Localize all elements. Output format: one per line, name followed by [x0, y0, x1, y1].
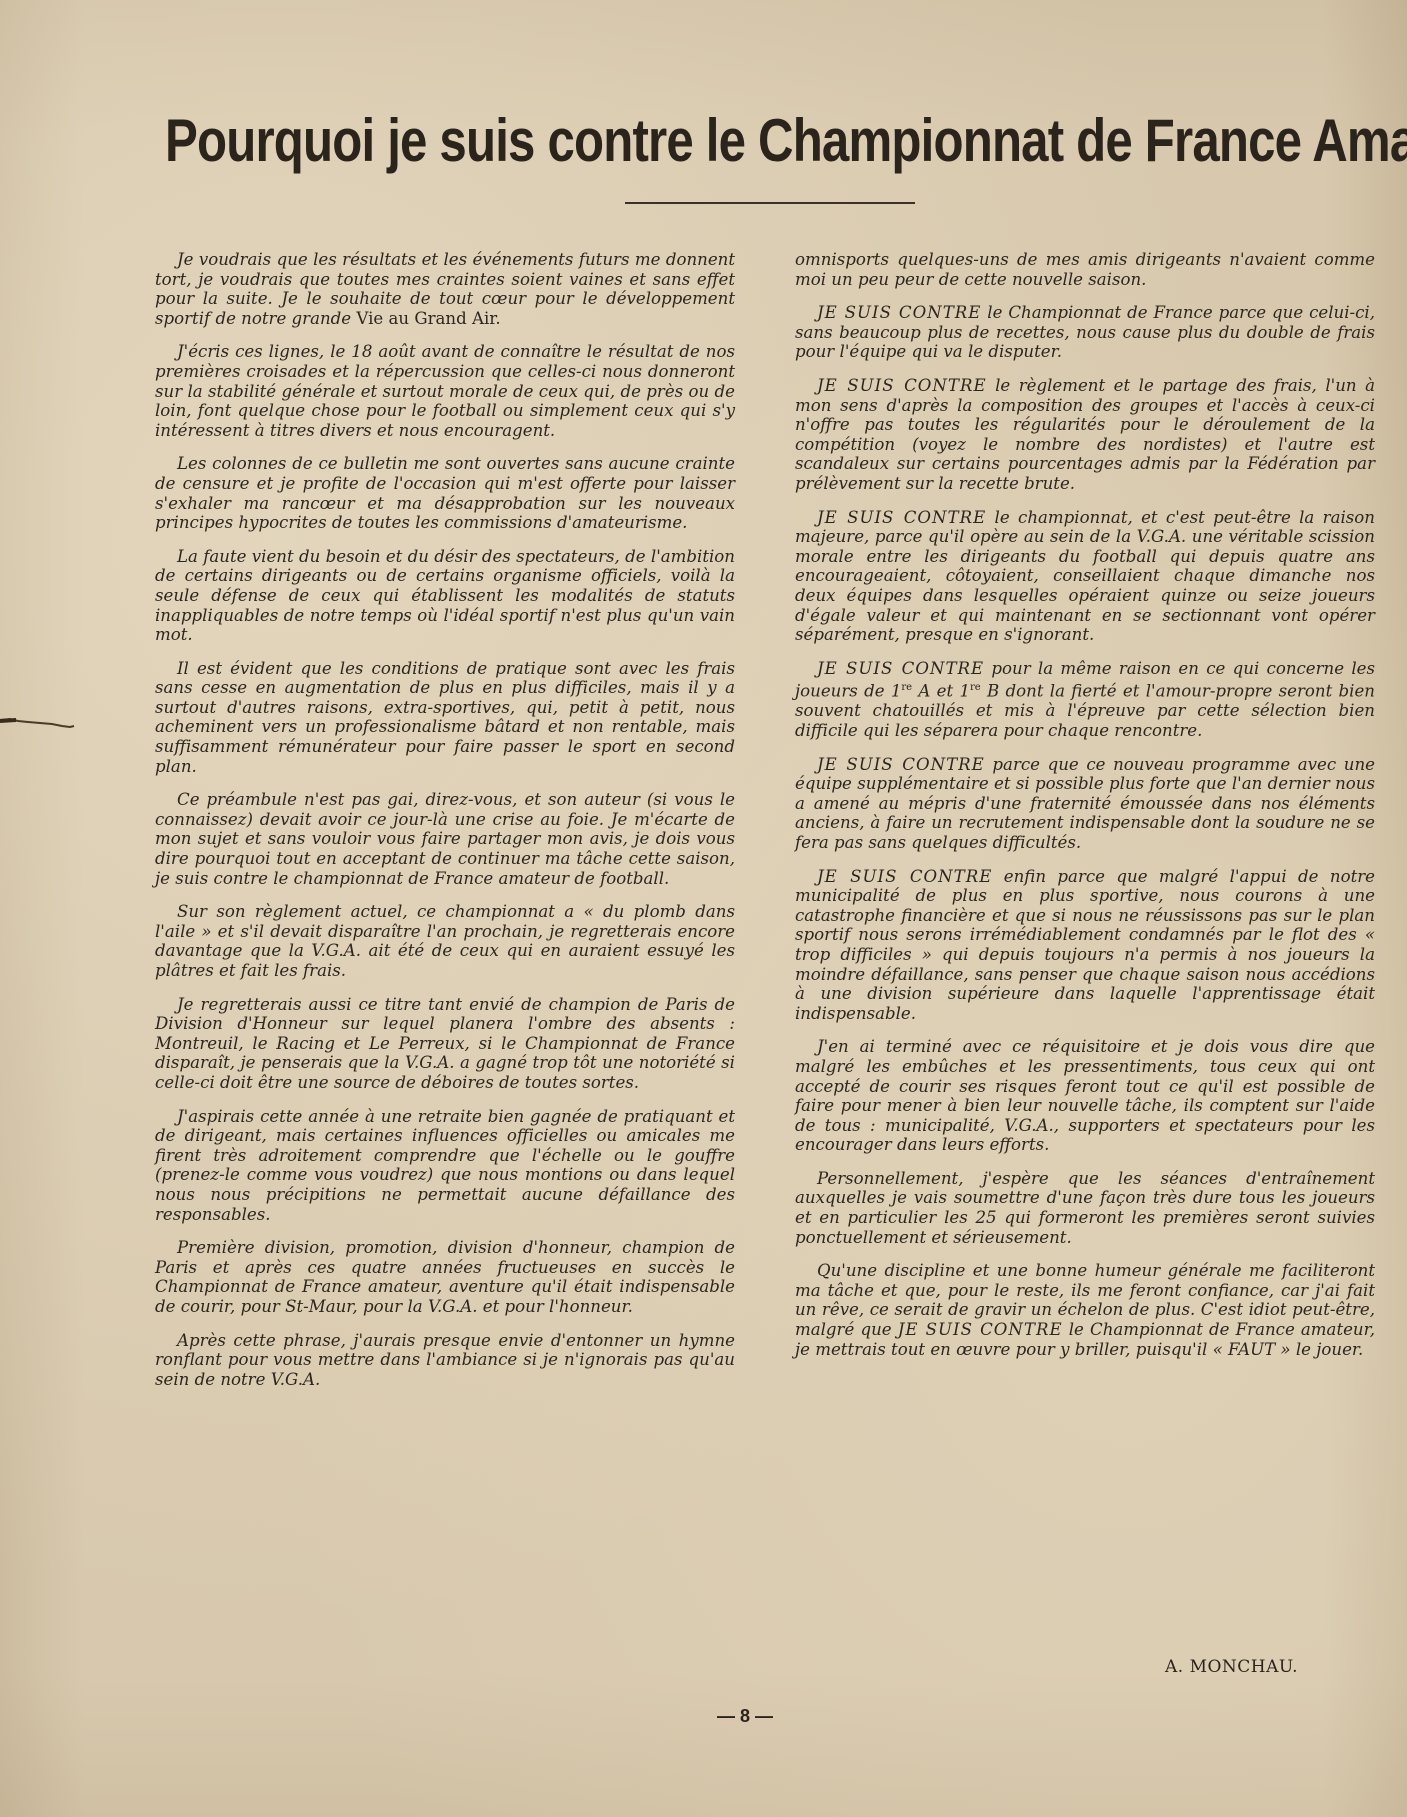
- article-paragraph: J'en ai terminé avec ce réquisitoire et …: [795, 1037, 1375, 1155]
- paragraph-text: Ce préambule n'est pas gai, direz-vous, …: [155, 790, 735, 887]
- paragraph-text: Les colonnes de ce bulletin me sont ouve…: [155, 454, 735, 532]
- paragraph-text: Personnellement, j'espère que les séance…: [795, 1169, 1375, 1247]
- ordinal-superscript: re: [901, 682, 912, 693]
- article-paragraph: Il est évident que les conditions de pra…: [155, 659, 735, 777]
- paragraph-text: Je regretterais aussi ce titre tant envi…: [155, 995, 735, 1092]
- article-column-left: Je voudrais que les résultats et les évé…: [155, 250, 735, 1403]
- paragraph-text: La faute vient du besoin et du désir des…: [155, 547, 735, 644]
- article-paragraph: Je regretterais aussi ce titre tant envi…: [155, 995, 735, 1093]
- article-paragraph: JE SUIS CONTRE enfin parce que malgré l'…: [795, 867, 1375, 1024]
- page-title: Pourquoi je suis contre le Championnat d…: [165, 105, 1407, 177]
- article-paragraph: J'aspirais cette année à une retraite bi…: [155, 1107, 735, 1225]
- paragraph-text: Première division, promotion, division d…: [155, 1238, 735, 1316]
- article-paragraph: JE SUIS CONTRE parce que ce nouveau prog…: [795, 755, 1375, 853]
- author-signature: A. MONCHAU.: [1165, 1657, 1298, 1677]
- paragraph-text: J'écris ces lignes, le 18 août avant de …: [155, 342, 735, 439]
- title-divider: [625, 202, 915, 204]
- ordinal-superscript: re: [970, 682, 981, 693]
- paragraph-text: omnisports quelques-uns de mes amis diri…: [795, 250, 1375, 289]
- paragraph-text: J'aspirais cette année à une retraite bi…: [155, 1107, 735, 1224]
- emphasis-je-suis-contre: JE SUIS CONTRE: [817, 755, 985, 774]
- paragraph-text: J'en ai terminé avec ce réquisitoire et …: [795, 1037, 1375, 1154]
- article-paragraph: Première division, promotion, division d…: [155, 1238, 735, 1316]
- paragraph-text: Sur son règlement actuel, ce championnat…: [155, 902, 735, 980]
- article-paragraph: J'écris ces lignes, le 18 août avant de …: [155, 342, 735, 440]
- emphasis-je-suis-contre: JE SUIS CONTRE: [817, 867, 992, 886]
- emphasis-je-suis-contre: JE SUIS CONTRE: [898, 1320, 1063, 1339]
- article-paragraph: JE SUIS CONTRE pour la même raison en ce…: [795, 659, 1375, 741]
- paragraph-text: Il est évident que les conditions de pra…: [155, 659, 735, 776]
- article-paragraph: JE SUIS CONTRE le Championnat de France …: [795, 303, 1375, 362]
- page-number: — 8 —: [700, 1706, 790, 1727]
- article-paragraph: Je voudrais que les résultats et les évé…: [155, 250, 735, 328]
- emphasis-je-suis-contre: JE SUIS CONTRE: [817, 376, 987, 395]
- article-paragraph: Après cette phrase, j'aurais presque env…: [155, 1331, 735, 1390]
- article-paragraph: JE SUIS CONTRE le règlement et le partag…: [795, 376, 1375, 494]
- article-paragraph: Sur son règlement actuel, ce championnat…: [155, 902, 735, 980]
- emphasis-je-suis-contre: JE SUIS CONTRE: [817, 659, 984, 678]
- paper-tear-mark: [0, 715, 75, 729]
- article-paragraph: Les colonnes de ce bulletin me sont ouve…: [155, 454, 735, 532]
- article-column-right: omnisports quelques-uns de mes amis diri…: [795, 250, 1375, 1373]
- paragraph-text: enfin parce que malgré l'appui de notre …: [795, 867, 1375, 1023]
- article-paragraph: Personnellement, j'espère que les séance…: [795, 1169, 1375, 1247]
- article-paragraph: omnisports quelques-uns de mes amis diri…: [795, 250, 1375, 289]
- article-paragraph: Ce préambule n'est pas gai, direz-vous, …: [155, 790, 735, 888]
- article-paragraph: Qu'une discipline et une bonne humeur gé…: [795, 1261, 1375, 1359]
- paragraph-text: A et 1: [912, 682, 970, 701]
- emphasis-je-suis-contre: JE SUIS CONTRE: [817, 303, 981, 322]
- article-paragraph: La faute vient du besoin et du désir des…: [155, 547, 735, 645]
- publication-name: Vie au Grand Air.: [356, 309, 500, 328]
- paragraph-text: le championnat, et c'est peut-être la ra…: [795, 508, 1375, 645]
- article-paragraph: JE SUIS CONTRE le championnat, et c'est …: [795, 508, 1375, 645]
- paragraph-text: Après cette phrase, j'aurais presque env…: [155, 1331, 735, 1389]
- emphasis-je-suis-contre: JE SUIS CONTRE: [817, 508, 986, 527]
